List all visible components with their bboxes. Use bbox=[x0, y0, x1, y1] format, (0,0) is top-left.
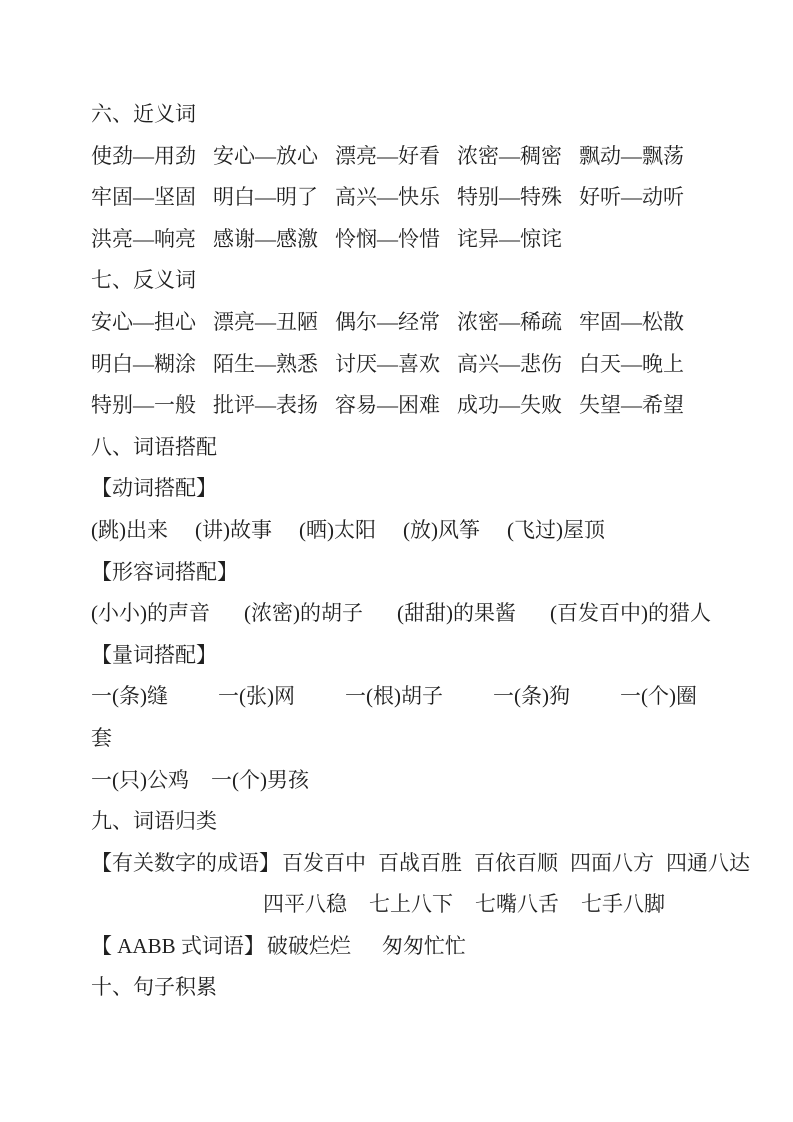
antonym-pair: 浓密—稀疏 bbox=[457, 312, 562, 333]
synonyms-row-3: 洪亮—响亮感谢—感激怜悯—怜惜诧异—惊诧 bbox=[91, 229, 735, 250]
synonym-pair: 特别—特殊 bbox=[457, 187, 562, 208]
antonym-pair: 漂亮—丑陋 bbox=[213, 312, 318, 333]
synonym-pair: 飘动—飘荡 bbox=[579, 146, 684, 167]
number-idioms-label: 【有关数字的成语】 bbox=[91, 853, 280, 874]
verb-collocation: (跳)出来 bbox=[91, 520, 168, 541]
synonym-pair: 高兴—快乐 bbox=[335, 187, 440, 208]
antonym-pair: 陌生—熟悉 bbox=[213, 354, 318, 375]
measure-phrase: 一(条)狗 bbox=[493, 686, 570, 707]
synonym-pair: 浓密—稠密 bbox=[457, 146, 562, 167]
adjective-collocation: (甜甜)的果酱 bbox=[397, 603, 516, 624]
number-idiom: 七上八下 bbox=[369, 894, 453, 915]
synonym-pair: 牢固—坚固 bbox=[91, 187, 196, 208]
synonym-pair: 好听—动听 bbox=[579, 187, 684, 208]
number-idiom: 七嘴八舌 bbox=[475, 894, 559, 915]
measure-phrase: 一(只)公鸡 bbox=[91, 770, 189, 791]
antonym-pair: 偶尔—经常 bbox=[335, 312, 440, 333]
synonym-pair: 怜悯—怜惜 bbox=[335, 229, 440, 250]
verb-collocation: (讲)故事 bbox=[195, 520, 272, 541]
synonym-pair: 明白—明了 bbox=[213, 187, 318, 208]
adjective-collocation: (小小)的声音 bbox=[91, 603, 210, 624]
aabb-word: 破破烂烂 bbox=[267, 936, 351, 957]
adjective-collocation: (浓密)的胡子 bbox=[244, 603, 363, 624]
antonyms-row-2: 明白—糊涂陌生—熟悉讨厌—喜欢高兴—悲伤白天—晚上 bbox=[91, 354, 735, 375]
antonym-pair: 白天—晚上 bbox=[579, 354, 684, 375]
number-idiom: 四通八达 bbox=[666, 853, 750, 874]
verb-collocation-label: 【动词搭配】 bbox=[91, 478, 735, 499]
adjective-collocation-label: 【形容词搭配】 bbox=[91, 562, 735, 583]
antonym-pair: 成功—失败 bbox=[457, 395, 562, 416]
synonym-pair: 漂亮—好看 bbox=[335, 146, 440, 167]
antonyms-row-1: 安心—担心漂亮—丑陋偶尔—经常浓密—稀疏牢固—松散 bbox=[91, 312, 735, 333]
measure-phrase: 一(条)缝 bbox=[91, 686, 168, 707]
section-heading-synonyms: 六、近义词 bbox=[91, 104, 735, 125]
antonym-pair: 容易—困难 bbox=[335, 395, 440, 416]
number-idiom: 四平八稳 bbox=[263, 894, 347, 915]
aabb-words-label: 【 AABB 式词语】 bbox=[91, 936, 265, 957]
adjective-collocation-row: (小小)的声音(浓密)的胡子(甜甜)的果酱(百发百中)的猎人 bbox=[91, 603, 735, 624]
aabb-words-items: 破破烂烂匆匆忙忙 bbox=[267, 936, 466, 957]
number-idiom: 百依百顺 bbox=[474, 853, 558, 874]
antonym-pair: 高兴—悲伤 bbox=[457, 354, 562, 375]
verb-collocation: (飞过)屋顶 bbox=[507, 520, 605, 541]
measure-word-wrap-char: 套 bbox=[91, 728, 735, 749]
document-page: 六、近义词 使劲—用劲安心—放心漂亮—好看浓密—稠密飘动—飘荡 牢固—坚固明白—… bbox=[0, 0, 793, 1122]
measure-word-row-1: 一(条)缝一(张)网一(根)胡子一(条)狗一(个)圈 bbox=[91, 686, 735, 707]
antonym-pair: 安心—担心 bbox=[91, 312, 196, 333]
synonym-pair: 诧异—惊诧 bbox=[457, 229, 562, 250]
synonyms-row-2: 牢固—坚固明白—明了高兴—快乐特别—特殊好听—动听 bbox=[91, 187, 735, 208]
antonym-pair: 批评—表扬 bbox=[213, 395, 318, 416]
verb-collocation: (放)风筝 bbox=[403, 520, 480, 541]
verb-collocation-row: (跳)出来(讲)故事(晒)太阳(放)风筝(飞过)屋顶 bbox=[91, 520, 735, 541]
synonym-pair: 使劲—用劲 bbox=[91, 146, 196, 167]
antonym-pair: 讨厌—喜欢 bbox=[335, 354, 440, 375]
number-idiom: 百战百胜 bbox=[378, 853, 462, 874]
number-idioms-items-1: 百发百中百战百胜百依百顺四面八方四通八达 bbox=[282, 853, 750, 874]
measure-phrase: 一(张)网 bbox=[218, 686, 295, 707]
antonyms-row-3: 特别—一般批评—表扬容易—困难成功—失败失望—希望 bbox=[91, 395, 735, 416]
synonym-pair: 安心—放心 bbox=[213, 146, 318, 167]
section-heading-collocations: 八、词语搭配 bbox=[91, 437, 735, 458]
number-idiom: 七手八脚 bbox=[581, 894, 665, 915]
measure-phrase: 一(个)男孩 bbox=[211, 770, 309, 791]
section-heading-categorization: 九、词语归类 bbox=[91, 811, 735, 832]
synonyms-row-1: 使劲—用劲安心—放心漂亮—好看浓密—稠密飘动—飘荡 bbox=[91, 146, 735, 167]
measure-word-label: 【量词搭配】 bbox=[91, 645, 735, 666]
section-heading-sentences: 十、句子积累 bbox=[91, 977, 735, 998]
adjective-collocation: (百发百中)的猎人 bbox=[550, 603, 711, 624]
number-idioms-line-2: 四平八稳七上八下七嘴八舌七手八脚 bbox=[91, 894, 735, 915]
synonym-pair: 感谢—感激 bbox=[213, 229, 318, 250]
antonym-pair: 牢固—松散 bbox=[579, 312, 684, 333]
number-idiom: 四面八方 bbox=[570, 853, 654, 874]
measure-phrase: 一(个)圈 bbox=[620, 686, 697, 707]
verb-collocation: (晒)太阳 bbox=[299, 520, 376, 541]
antonym-pair: 特别—一般 bbox=[91, 395, 196, 416]
number-idioms-line-1: 【有关数字的成语】 百发百中百战百胜百依百顺四面八方四通八达 bbox=[91, 853, 735, 874]
aabb-word: 匆匆忙忙 bbox=[382, 936, 466, 957]
section-heading-antonyms: 七、反义词 bbox=[91, 270, 735, 291]
number-idiom: 百发百中 bbox=[282, 853, 366, 874]
aabb-words-line: 【 AABB 式词语】 破破烂烂匆匆忙忙 bbox=[91, 936, 735, 957]
measure-phrase: 一(根)胡子 bbox=[345, 686, 443, 707]
measure-word-row-2: 一(只)公鸡一(个)男孩 bbox=[91, 770, 735, 791]
antonym-pair: 明白—糊涂 bbox=[91, 354, 196, 375]
synonym-pair: 洪亮—响亮 bbox=[91, 229, 196, 250]
antonym-pair: 失望—希望 bbox=[579, 395, 684, 416]
